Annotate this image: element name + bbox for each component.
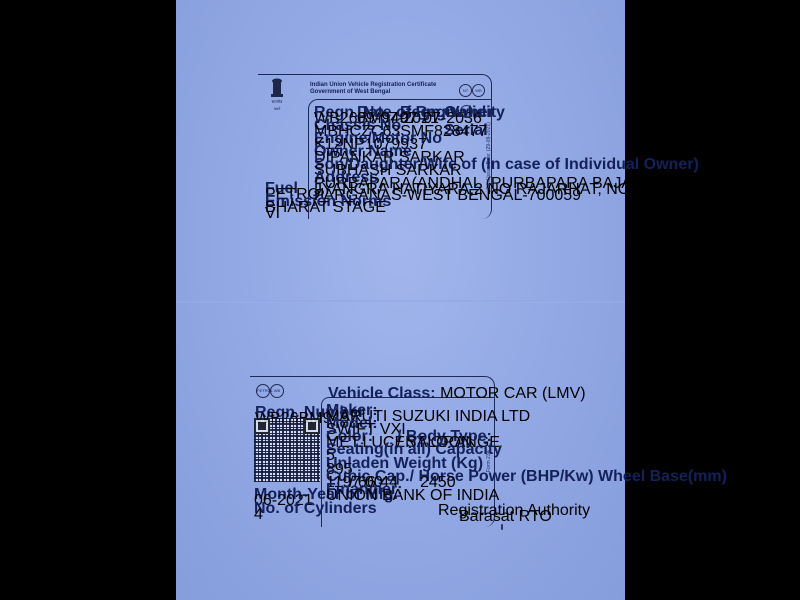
authority-line-2: Barasat RTO — [459, 508, 552, 526]
rc-title: Indian Union Vehicle Registration Certif… — [310, 82, 436, 88]
badge-petrol: PETROL — [256, 384, 270, 398]
badge-nt: NT — [459, 84, 472, 97]
document-page: सत्यमेव जयते Indian Union Vehicle Regist… — [176, 0, 625, 600]
vehicle-class-label: Vehicle Class: — [328, 385, 436, 402]
page-fold — [176, 300, 625, 303]
ink-mark — [501, 524, 503, 530]
owner-serial-value: 1 — [460, 105, 473, 118]
rc-subtitle: Government of West Bengal — [310, 89, 390, 95]
card-issue-date: Card Issue Date: (29-09-2021) — [486, 122, 492, 190]
state-emblem-icon: सत्यमेव जयते — [266, 78, 288, 114]
qr-code-icon — [254, 418, 320, 482]
emission-value-1: BHARAT STAGE — [265, 199, 386, 217]
emission-value-2: VI — [265, 205, 280, 223]
form-label: Form 23A — [486, 450, 492, 472]
vehicle-class: Vehicle Class: MOTOR CAR (LMV) — [328, 385, 586, 403]
cylinders-value: 4 — [254, 506, 263, 524]
badge-wb: WB — [472, 84, 485, 97]
svg-text:जयते: जयते — [274, 106, 282, 111]
badge-wb-back: WB — [270, 384, 284, 398]
svg-text:सत्यमेव: सत्यमेव — [272, 99, 284, 104]
vehicle-class-value: MOTOR CAR (LMV) — [440, 385, 585, 402]
